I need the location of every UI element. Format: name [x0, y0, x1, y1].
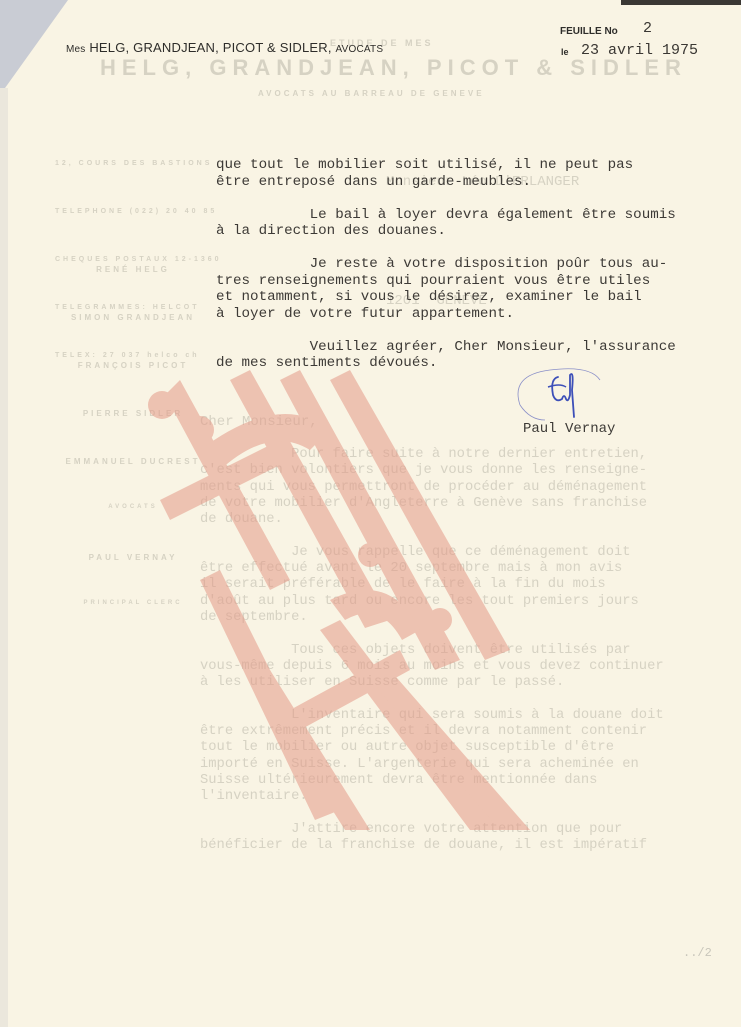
- continued-marker: ../2: [683, 946, 712, 960]
- letterhead: Mes HELG, GRANDJEAN, PICOT & SIDLER, AVO…: [66, 40, 383, 55]
- ghost-header-firm: HELG, GRANDJEAN, PICOT & SIDLER: [100, 56, 687, 80]
- scan-shadow: [621, 0, 741, 5]
- letter-date: 23 avril 1975: [581, 42, 698, 59]
- letterhead-firm: HELG, GRANDJEAN, PICOT & SIDLER,: [89, 40, 331, 55]
- paragraph: Le bail à loyer devra également être sou…: [216, 207, 716, 240]
- page-edge: [0, 88, 8, 1027]
- signer-name: Paul Vernay: [523, 421, 615, 437]
- paragraph: que tout le mobilier soit utilisé, il ne…: [216, 157, 716, 190]
- letter-body: que tout le mobilier soit utilisé, il ne…: [216, 157, 716, 388]
- calligraphy-watermark-icon: [140, 370, 540, 830]
- letterhead-prefix: Mes: [66, 44, 86, 55]
- folded-corner: [0, 0, 68, 95]
- paragraph: Je reste à votre disposition poûr tous a…: [216, 256, 716, 322]
- date-prefix: le: [561, 47, 569, 57]
- sheet-number: 2: [643, 20, 652, 37]
- ghost-header-sub: AVOCATS AU BARREAU DE GENEVE: [258, 86, 485, 102]
- handwritten-signature-icon: [510, 365, 650, 425]
- letterhead-suffix: AVOCATS: [336, 44, 384, 55]
- sheet-label: FEUILLE No: [560, 26, 618, 37]
